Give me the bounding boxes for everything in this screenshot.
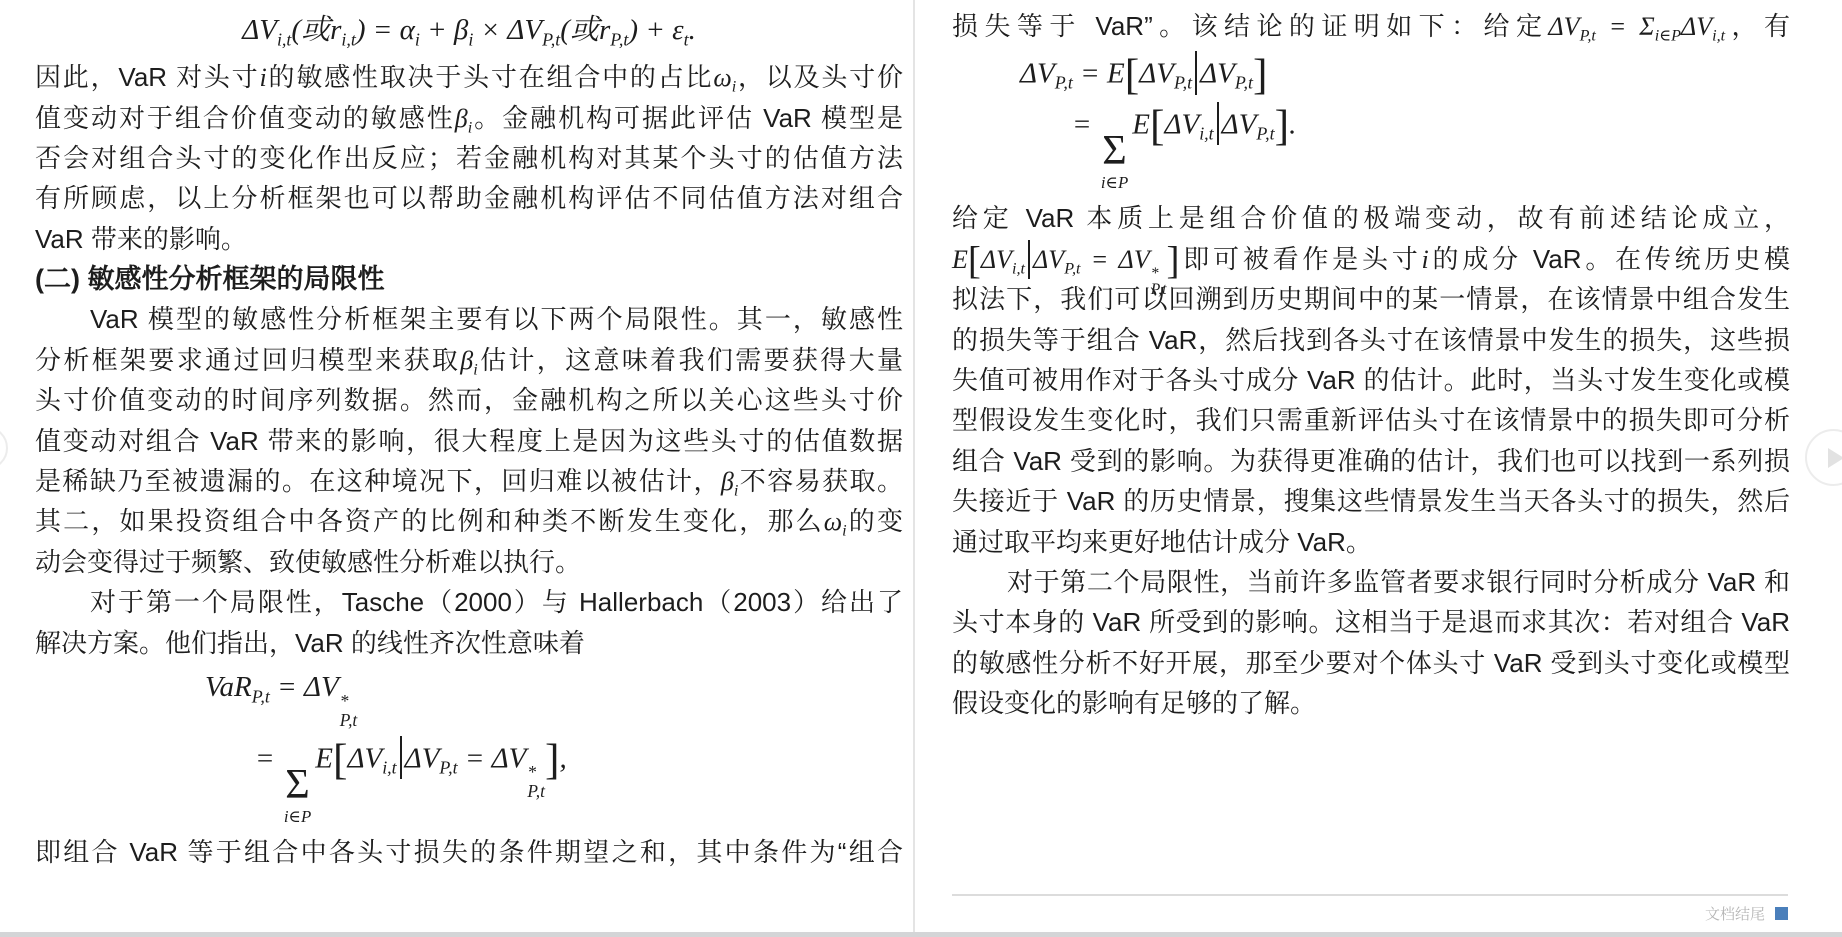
text-line: 失接近于 VaR 的历史情景，搜集这些情景发生当天各头寸的损失，然后 bbox=[952, 481, 1790, 521]
text-line: 头寸本身的 VaR 所受到的影响。这相当于是退而求其次：若对组合 VaR bbox=[952, 602, 1790, 642]
text-line: 否会对组合头寸的变化作出反应；若金融机构对其某个头寸的估值方法 bbox=[35, 138, 903, 178]
text-line: 值变动对组合 VaR 带来的影响，很大程度上是因为这些头寸的估值数据 bbox=[35, 421, 903, 461]
text-line: 有所顾虑，以上分析框架也可以帮助金融机构评估不同估值方法对组合 bbox=[35, 178, 903, 218]
text-line: 组合 VaR 受到的影响。为获得更准确的估计，我们也可以找到一系列损 bbox=[952, 441, 1790, 481]
text-line: 损失等于 VaR”。该结论的证明如下：给定ΔVP,t = Σi∈PΔVi,t，有 bbox=[952, 6, 1790, 46]
text-line: VaR 模型的敏感性分析框架主要有以下两个局限性。其一，敏感性 bbox=[35, 299, 903, 339]
display-formula: = Σi∈PE[ΔVi,tΔVP,t = ΔV*P,t], bbox=[255, 736, 903, 826]
text-line: 分析框架要求通过回归模型来获取βi估计，这意味着我们需要获得大量 bbox=[35, 340, 903, 380]
right-arrow-icon bbox=[1828, 448, 1842, 468]
text-line: 即组合 VaR 等于组合中各头寸损失的条件期望之和，其中条件为“组合 bbox=[35, 832, 903, 872]
text-line: E[ΔVi,tΔVP,t = ΔV*P,t]即可被看作是头寸i的成分 VaR。在… bbox=[952, 239, 1790, 279]
page-right-column: 损失等于 VaR”。该结论的证明如下：给定ΔVP,t = Σi∈PΔVi,t，有… bbox=[952, 6, 1790, 723]
text-line: 对于第二个局限性，当前许多监管者要求银行同时分析成分 VaR 和 bbox=[952, 562, 1790, 602]
text-line: VaR 带来的影响。 bbox=[35, 219, 903, 259]
text-line: 给定 VaR 本质上是组合价值的极端变动，故有前述结论成立， bbox=[952, 198, 1790, 238]
window-bottom-edge bbox=[0, 932, 1842, 937]
previous-page-button[interactable] bbox=[0, 426, 8, 470]
text-line: 动会变得过于频繁、致使敏感性分析难以执行。 bbox=[35, 542, 903, 582]
page-divider bbox=[913, 0, 915, 937]
next-page-button[interactable] bbox=[1805, 429, 1842, 486]
text-line: 的损失等于组合 VaR，然后找到各头寸在该情景中发生的损失，这些损 bbox=[952, 320, 1790, 360]
display-formula: ΔVi,t(或ri,t) = αi + βi × ΔVP,t(或rP,t) + … bbox=[35, 11, 903, 50]
text-line: 解决方案。他们指出，VaR 的线性齐次性意味着 bbox=[35, 623, 903, 663]
text-line: 失值可被用作对于各头寸成分 VaR 的估计。此时，当头寸发生变化或模 bbox=[952, 360, 1790, 400]
text-line: 通过取平均来更好地估计成分 VaR。 bbox=[952, 522, 1790, 562]
end-of-document-row: 文档结尾 bbox=[952, 905, 1788, 925]
display-formula: VaRP,t = ΔV*P,t bbox=[205, 668, 903, 729]
display-formula: ΔVP,t = E[ΔVP,tΔVP,t] bbox=[1020, 51, 1790, 95]
end-of-document-label: 文档结尾 bbox=[1705, 906, 1765, 923]
text-line: 值变动对于组合价值变动的敏感性βi。金融机构可据此评估 VaR 模型是 bbox=[35, 98, 903, 138]
text-line: 对于第一个局限性，Tasche（2000）与 Hallerbach（2003）给… bbox=[35, 582, 903, 622]
display-formula: = Σi∈PE[ΔVi,tΔVP,t]. bbox=[1072, 102, 1790, 192]
text-line: 是稀缺乃至被遗漏的。在这种境况下，回归难以被估计，βi不容易获取。 bbox=[35, 461, 903, 501]
text-line: 的敏感性分析不好开展，那至少要对个体头寸 VaR 受到头寸变化或模型 bbox=[952, 643, 1790, 683]
end-of-document-rule bbox=[952, 894, 1788, 896]
text-line: 型假设发生变化时，我们只需重新评估头寸在该情景中的损失即可分析 bbox=[952, 400, 1790, 440]
text-line: 头寸价值变动的时间序列数据。然而，金融机构之所以关心这些头寸价 bbox=[35, 380, 903, 420]
page-left-column: ΔVi,t(或ri,t) = αi + βi × ΔVP,t(或rP,t) + … bbox=[35, 6, 903, 873]
text-line: 拟法下，我们可以回溯到历史期间中的某一情景，在该情景中组合发生 bbox=[952, 279, 1790, 319]
text-line: 因此，VaR 对头寸i的敏感性取决于头寸在组合中的占比ωi，以及头寸价 bbox=[35, 57, 903, 97]
text-line: 假设变化的影响有足够的了解。 bbox=[952, 683, 1790, 723]
document-end-square-icon bbox=[1775, 907, 1788, 920]
document-reader-view: ΔVi,t(或ri,t) = αi + βi × ΔVP,t(或rP,t) + … bbox=[0, 0, 1842, 937]
section-heading: (二) 敏感性分析框架的局限性 bbox=[35, 259, 903, 299]
text-line: 其二，如果投资组合中各资产的比例和种类不断发生变化，那么ωi的变 bbox=[35, 501, 903, 541]
